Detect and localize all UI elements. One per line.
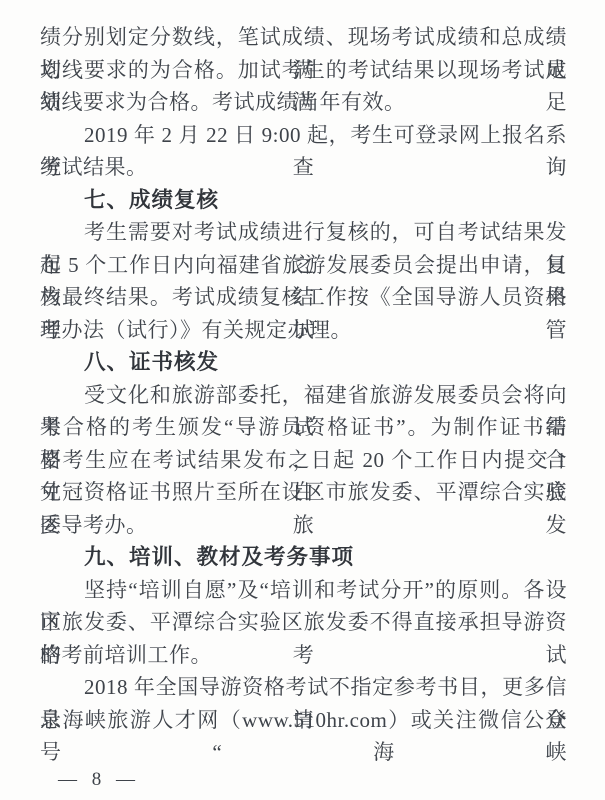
body-line: 起 5 个工作日内向福建省旅游发展委员会提出申请，复核结果 xyxy=(40,249,567,282)
paragraph-first-line: 2018 年全国导游资格考试不指定参考书目，更多信息请登 xyxy=(40,671,567,704)
body-line: 市旅发委、平潭综合实验区旅发委不得直接承担导游资格考试 xyxy=(40,606,567,639)
document-body: 绩分别划定分数线，笔试成绩、现场考试成绩和总成绩均满足 划线要求的为合格。加试考… xyxy=(40,21,567,736)
body-line: 果合格的考生颁发“导游员资格证书”。为制作证书需要，合 xyxy=(40,411,567,444)
paragraph-first-line: 坚持“培训自愿”及“培训和考试分开”的原则。各设区 xyxy=(40,574,567,607)
body-line: 免冠资格证书照片至所在设区市旅发委、平潭综合实验区旅发 xyxy=(40,476,567,509)
document-page: 绩分别划定分数线，笔试成绩、现场考试成绩和总成绩均满足 划线要求的为合格。加试考… xyxy=(0,0,605,800)
paragraph-first-line: 受文化和旅游部委托，福建省旅游发展委员会将向考试结 xyxy=(40,379,567,412)
section-heading-9: 九、培训、教材及考务事项 xyxy=(40,541,567,574)
body-line: 为最终结果。考试成绩复核工作按《全国导游人员资格考试管 xyxy=(40,281,567,314)
body-line: 划线要求的为合格。加试考生的考试结果以现场考试成绩满足 xyxy=(40,54,567,87)
section-heading-7: 七、成绩复核 xyxy=(40,184,567,217)
paragraph-first-line: 考生需要对考试成绩进行复核的，可自考试结果发布之日 xyxy=(40,216,567,249)
body-line: 格考生应在考试结果发布之日起 20 个工作日内提交 1 寸白底 xyxy=(40,444,567,477)
paragraph-first-line: 2019 年 2 月 22 日 9:00 起，考生可登录网上报名系统查询 xyxy=(40,119,567,152)
body-line: 录海峡旅游人才网（www.510hr.com）或关注微信公众号“海峡 xyxy=(40,704,567,737)
section-heading-8: 八、证书核发 xyxy=(40,346,567,379)
page-number: — 8 — xyxy=(58,769,137,791)
body-line: 绩分别划定分数线，笔试成绩、现场考试成绩和总成绩均满足 xyxy=(40,21,567,54)
